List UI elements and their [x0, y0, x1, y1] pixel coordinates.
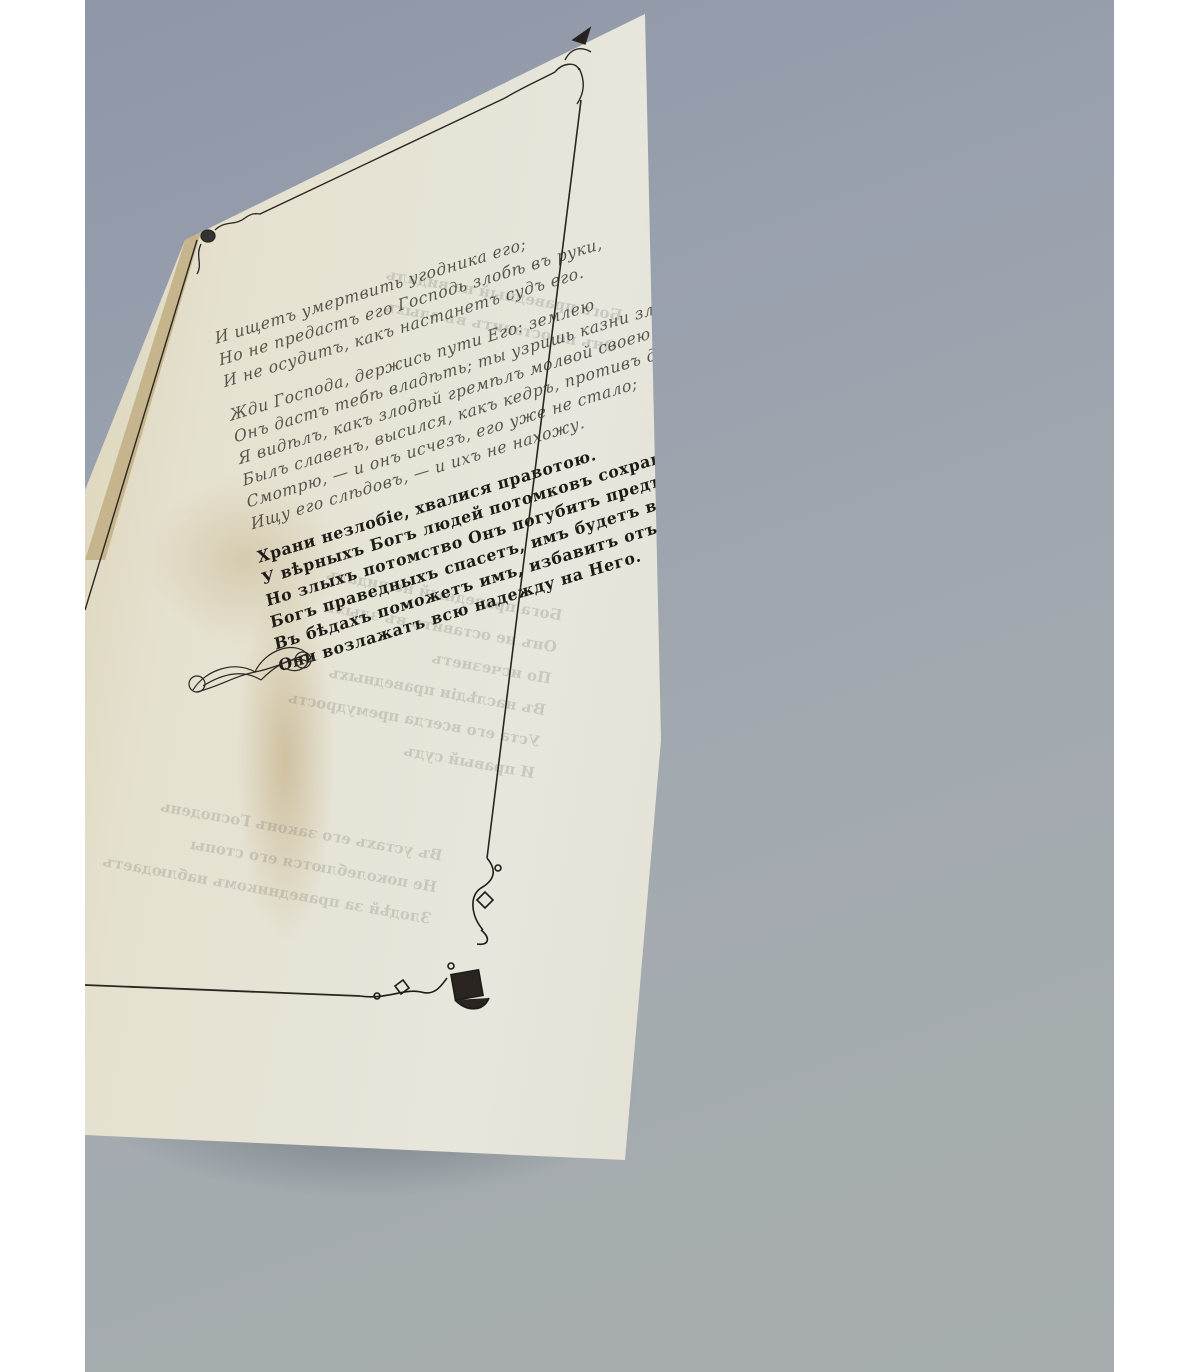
bleed-through-lower: Въ устахъ его законъ Господень Не поколе… [100, 782, 445, 934]
photograph: Бога праведный не видалъ Онъ не оставитъ… [85, 0, 1114, 1372]
poem-line: И ищетъ умертвить угодника его; [213, 165, 751, 350]
poem-text: И ищетъ умертвить угодника его; Но не пр… [213, 165, 817, 689]
